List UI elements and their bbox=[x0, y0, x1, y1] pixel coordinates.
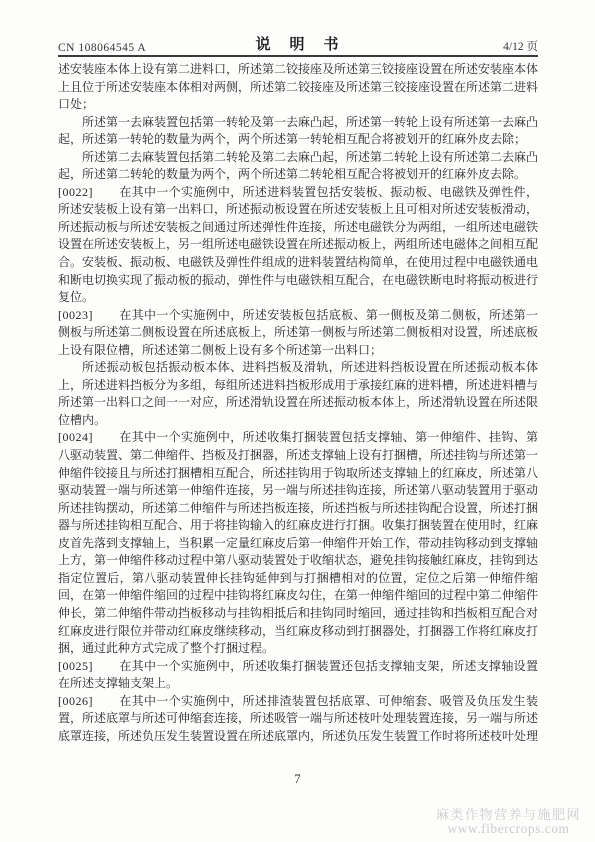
watermark: 麻类作物营养与施肥网 www.fibercrops.com bbox=[436, 808, 581, 836]
paragraph-text: 在其中一个实施例中，所述安装板包括底板、第一侧板及第二侧板，所述第一侧板与所述第… bbox=[58, 308, 538, 357]
paragraph-text: 在其中一个实施例中，所述收集打捆装置还包括支撑轴支架，所述支撑轴设置在所述支撑轴… bbox=[58, 659, 538, 691]
paragraph-number: [0026] bbox=[58, 693, 93, 711]
paragraph-text: 所述振动板包括振动板本体、进料挡板及滑轨，所述进料挡板设置在所述振动板本体上，所… bbox=[58, 360, 538, 427]
patent-page: CN 108064545 A 说 明 书 4/12 页 述安装座本体上设有第二进… bbox=[0, 0, 595, 842]
page-header: CN 108064545 A 说 明 书 4/12 页 bbox=[58, 34, 538, 54]
paragraph-text: 在其中一个实施例中，所述排渣装置包括底罩、可伸缩套、吸管及负压发生装置，所述底罩… bbox=[58, 694, 538, 743]
paragraph: [0024]在其中一个实施例中，所述收集打捆装置包括支撑轴、第一伸缩件、挂钩、第… bbox=[58, 429, 538, 657]
paragraph-number: [0024] bbox=[58, 429, 93, 447]
paragraph-number: [0022] bbox=[58, 184, 93, 202]
paragraph: 所述振动板包括振动板本体、进料挡板及滑轨，所述进料挡板设置在所述振动板本体上，所… bbox=[58, 359, 538, 429]
paragraph-text: 所述第一去麻装置包括第一转轮及第一去麻凸起，所述第一转轮上设有所述第一去麻凸起，… bbox=[58, 115, 538, 147]
paragraph: [0025]在其中一个实施例中，所述收集打捆装置还包括支撑轴支架，所述支撑轴设置… bbox=[58, 658, 538, 693]
paragraph-text: 在其中一个实施例中，所述收集打捆装置包括支撑轴、第一伸缩件、挂钩、第八驱动装置、… bbox=[58, 430, 538, 655]
watermark-site-name: 麻类作物营养与施肥网 bbox=[436, 808, 581, 822]
paragraph: 所述第二去麻装置包括第二转轮及第二去麻凸起，所述第二转轮上设有所述第二去麻凸起，… bbox=[58, 149, 538, 184]
paragraph-text: 述安装座本体上设有第二进料口，所述第二铰接座及所述第三铰接座设置在所述安装座本体… bbox=[58, 62, 538, 111]
doc-title: 说 明 书 bbox=[58, 33, 538, 54]
paragraph-number: [0023] bbox=[58, 307, 93, 325]
paragraph: [0023]在其中一个实施例中，所述安装板包括底板、第一侧板及第二侧板，所述第一… bbox=[58, 307, 538, 360]
body-text: 述安装座本体上设有第二进料口，所述第二铰接座及所述第三铰接座设置在所述安装座本体… bbox=[58, 61, 538, 745]
header-rule bbox=[58, 55, 538, 57]
page-number: 7 bbox=[0, 772, 595, 787]
paragraph: 所述第一去麻装置包括第一转轮及第一去麻凸起，所述第一转轮上设有所述第一去麻凸起，… bbox=[58, 114, 538, 149]
watermark-url: www.fibercrops.com bbox=[436, 822, 581, 836]
paragraph-text: 在其中一个实施例中，所述进料装置包括安装板、振动板、电磁铁及弹性件，所述安装板上… bbox=[58, 185, 538, 304]
paragraph: [0026]在其中一个实施例中，所述排渣装置包括底罩、可伸缩套、吸管及负压发生装… bbox=[58, 693, 538, 746]
paragraph-number: [0025] bbox=[58, 658, 93, 676]
paragraph: 述安装座本体上设有第二进料口，所述第二铰接座及所述第三铰接座设置在所述安装座本体… bbox=[58, 61, 538, 114]
paragraph-text: 所述第二去麻装置包括第二转轮及第二去麻凸起，所述第二转轮上设有所述第二去麻凸起，… bbox=[58, 150, 538, 182]
paragraph: [0022]在其中一个实施例中，所述进料装置包括安装板、振动板、电磁铁及弹性件，… bbox=[58, 184, 538, 307]
